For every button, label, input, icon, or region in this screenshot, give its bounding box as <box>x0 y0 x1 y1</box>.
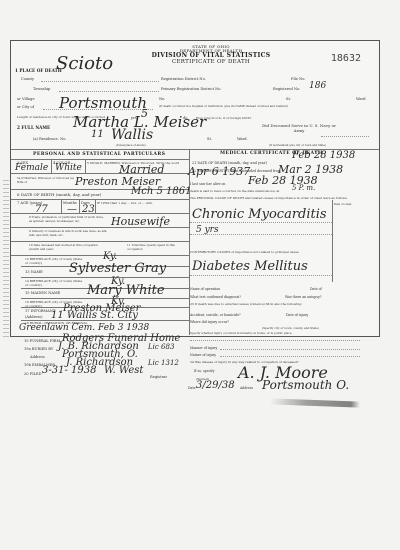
row-line <box>11 173 189 174</box>
nature-line <box>220 356 360 357</box>
specify-line <box>190 340 360 341</box>
total-time-label: 11 Total time (years) spent in this occu… <box>127 243 182 251</box>
manner-line <box>220 349 360 350</box>
residence-ward-label: Ward. <box>237 137 248 141</box>
sig-date-label: Date <box>188 386 196 390</box>
nonresident-note: (If nonresident give city or town and St… <box>269 144 326 147</box>
navy-army-label: Did Deceased Serve in U. S. Navy or Army <box>259 123 339 133</box>
filed-value: 3-31- 1938 <box>42 365 96 376</box>
personal-section-title: PERSONAL AND STATISTICAL PARTICULARS <box>33 152 165 157</box>
principal-cause-value: Chronic Myocarditis <box>192 207 327 222</box>
burial-value: Greenlawn Cem. Feb 3 1938 <box>19 323 149 333</box>
accident-label: Accident, suicide, or homicide? <box>190 313 241 317</box>
if-so-label: If so, specify <box>194 369 214 373</box>
manner-label: Manner of injury <box>190 346 217 350</box>
usual-place-note: (Usual place of abode) <box>116 144 146 147</box>
father-birthplace-label: 14 BIRTHPLACE (city or town) (State or c… <box>25 279 85 287</box>
buried-by-label: 19a BURIED BY <box>24 347 53 351</box>
father-name-value: Sylvester Gray <box>69 261 166 276</box>
certificate-header: STATE OF OHIO DEPARTMENT OF HEALTH DIVIS… <box>146 45 276 65</box>
death-said-label: death is said to have occurred on the da… <box>190 189 279 193</box>
industry-label: 9 Industry or business in which work was… <box>29 229 107 237</box>
filed-label: 20 FILED <box>24 372 42 376</box>
physician-address-value: Portsmouth O. <box>262 378 349 392</box>
cell-divider <box>51 159 52 173</box>
row-line <box>11 227 189 228</box>
city-label: or City of <box>17 105 34 109</box>
village-label: or Village <box>17 97 35 101</box>
time-of-death-value: 5 P. m. <box>292 184 315 192</box>
registered-no-value: 186 <box>309 81 326 91</box>
registrar-signature: W. West <box>104 365 143 376</box>
certificate-number: 18632 <box>331 53 361 64</box>
date-injury-label: Date of injury <box>286 313 308 317</box>
township-line <box>59 91 159 92</box>
county-line <box>41 81 159 82</box>
scan-edge-artifact <box>3 180 9 340</box>
scan-smudge <box>270 398 360 407</box>
row-line <box>11 199 189 200</box>
sig-date-value: 3/29/38 <box>196 380 235 391</box>
external-label: 23 If death was due to external causes (… <box>190 302 350 306</box>
dob-label: 6 DATE OF BIRTH (month, day, and year) <box>17 192 101 197</box>
physician-address-label: Address <box>240 386 253 390</box>
row-line <box>11 213 189 214</box>
full-name-label: 2 FULL NAME <box>17 125 50 130</box>
operation-label: Name of operation <box>190 287 220 291</box>
date-of-label: Date of <box>310 287 322 291</box>
nature-label: Nature of injury <box>190 353 216 357</box>
informant-address-label: (Address) <box>25 315 43 319</box>
registered-no-label: Registered No. <box>273 87 300 91</box>
autopsy-label: Was there an autopsy? <box>285 295 322 299</box>
buried-by-lic: Lic 683 <box>148 343 174 351</box>
contributory-label: CONTRIBUTORY CAUSES of importance not re… <box>190 250 330 254</box>
certificate-title: CERTIFICATE OF DEATH <box>146 60 276 66</box>
registrar-label: Registrar <box>150 375 167 379</box>
cause-label: The PRINCIPAL CAUSE OF DEATH and related… <box>190 196 350 200</box>
residence-no: 11 <box>91 129 104 140</box>
reg-district-label: Registration District No. <box>161 77 206 81</box>
occupation-label: 8 Trade, profession, or particular kind … <box>29 215 107 223</box>
cell-divider <box>79 199 80 213</box>
file-no-label: File No. <box>291 77 305 81</box>
residence-street: Wallis <box>111 127 153 143</box>
onset-column-divider <box>332 200 333 282</box>
cell-divider <box>85 159 86 173</box>
cause-line <box>190 222 332 223</box>
row-line <box>11 159 189 160</box>
date-last-worked-label: 10 Date deceased last worked at this occ… <box>29 243 107 251</box>
cause-line <box>190 234 332 235</box>
contributory-cause-value: Diabetes Mellitus <box>192 259 308 274</box>
buried-by-address-label: Address <box>30 355 45 359</box>
cause-line <box>190 275 332 276</box>
no-label: No. <box>159 97 165 101</box>
spouse-label: 5a If Married, Widowed, or Divorced (a) … <box>17 176 77 184</box>
father-name-label: 13 NAME <box>25 270 43 274</box>
hospital-note: (If death occurred in a hospital or inst… <box>159 104 288 108</box>
diagnosis-label: What test confirmed diagnosis? <box>190 295 241 299</box>
specify-where-label: Specify whether injury occurred in indus… <box>190 331 292 335</box>
ward-label: Ward <box>356 97 366 101</box>
row-line <box>21 277 189 278</box>
navy-army-line <box>321 136 369 137</box>
funeral-firm-label: 19 FUNERAL FIRM <box>24 339 60 343</box>
township-label: Township <box>33 87 50 91</box>
county-label: County <box>21 77 34 81</box>
attended-from-value: Apr 6 1937 <box>188 165 250 178</box>
city-line <box>43 109 153 110</box>
specify-label: (Specify city or town, county, and State… <box>262 326 319 330</box>
row-line <box>11 255 189 256</box>
dod-value: Feb 28 1938 <box>292 150 355 161</box>
mother-maiden-value: Mary White <box>87 283 165 298</box>
color-value: White <box>55 163 82 173</box>
sex-value: Female <box>15 163 48 173</box>
dob-value: Mch 5 1861 <box>131 186 191 197</box>
less-than-day-label: IF LESS than 1 day ... hrs. or ... min. <box>97 201 153 205</box>
last-saw-label: I last saw her alive on <box>190 182 226 186</box>
mother-maiden-label: 15 MAIDEN NAME <box>25 291 60 295</box>
residence-st-label: St. <box>207 137 212 141</box>
cell-divider <box>95 199 96 213</box>
primary-reg-label: Primary Registration District No. <box>161 87 222 91</box>
residence-label: (a) Residence. No. <box>33 137 66 141</box>
row-line <box>11 241 189 242</box>
embalmer-lic: Lic 1312 <box>148 359 179 367</box>
date-onset-label: Date of onset <box>334 203 352 206</box>
place-of-death-label: 1 PLACE OF DEATH <box>15 68 62 73</box>
where-injury-label: Where did injury occur? <box>190 320 229 324</box>
cell-divider <box>61 199 62 213</box>
county-value: Scioto <box>56 53 113 74</box>
st-label: St. <box>286 97 291 101</box>
row-line <box>21 298 189 299</box>
